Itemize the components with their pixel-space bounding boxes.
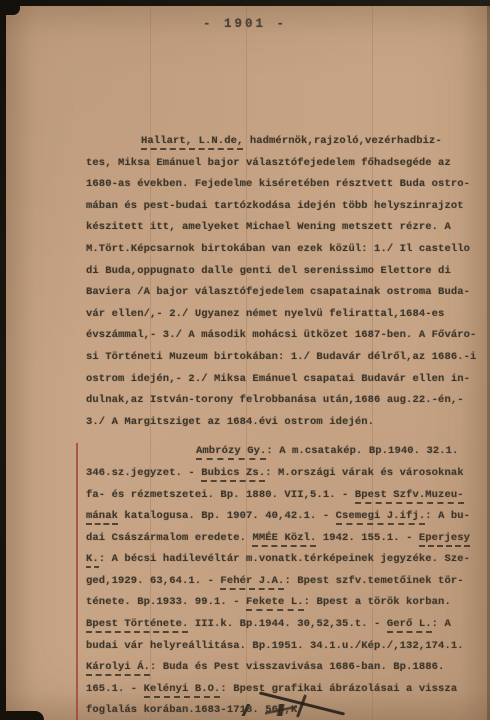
underlined-text: MMÉE Közl. bbox=[252, 532, 316, 547]
text-segment: ged,1929. 63,64.1. - bbox=[86, 575, 220, 587]
underlined-text: K. bbox=[86, 553, 99, 568]
paragraph: Hallart, L.N.de, hadmérnök,rajzoló,vezér… bbox=[86, 131, 482, 433]
text-line: fa- és rézmetszetei. Bp. 1880. VII,5.1. … bbox=[86, 485, 482, 507]
paragraph: Ambrózy Gy.: A m.csatakép. Bp.1940. 32.1… bbox=[86, 441, 482, 720]
text-segment: dulnak,az István-torony felrobbanása utá… bbox=[86, 394, 464, 406]
scanned-document-page: - 1901 - Hallart, L.N.de, hadmérnök,rajz… bbox=[0, 0, 490, 720]
text-segment: : Bpest grafikai ábrázolásai a vissza bbox=[220, 683, 457, 695]
text-line: 1680-as években. Fejedelme kiséretében r… bbox=[86, 174, 482, 196]
text-line: ténete. Bp.1933. 99.1. - Fekete L.: Bpes… bbox=[86, 592, 482, 614]
text-line: évszámmal,- 3./ A második mohácsi ütköze… bbox=[86, 325, 482, 347]
text-segment: foglalás korában.1683-1 bbox=[86, 704, 233, 716]
text-line: dulnak,az István-torony felrobbanása utá… bbox=[86, 390, 482, 412]
text-segment: vár ellen/,- 2./ Ugyanez német nyelvü fe… bbox=[86, 308, 444, 320]
underlined-text: Csemegi J.ifj. bbox=[336, 510, 426, 525]
text-segment: 346.sz.jegyzet. - bbox=[86, 467, 201, 479]
text-line: tes, Miksa Emánuel bajor választófejedel… bbox=[86, 153, 482, 175]
text-segment: M.Tört.Képcsarnok birtokában van ezek kö… bbox=[86, 243, 470, 255]
page-number: - 1901 - bbox=[203, 17, 287, 31]
text-line: di Buda,oppugnato dalle genti del sereni… bbox=[86, 261, 482, 283]
text-segment: : Buda és Pest visszavivása 1686-ban. Bp… bbox=[150, 661, 444, 673]
text-line: Károlyi Á.: Buda és Pest visszavivása 16… bbox=[86, 657, 482, 679]
text-line: foglalás korában.1683-1718. 56.,K bbox=[86, 700, 482, 720]
text-segment: : Bpest szfv.temetőinek tör- bbox=[284, 575, 463, 587]
underlined-text: mának bbox=[86, 510, 118, 525]
text-segment: készitett itt, amelyeket Michael Wening … bbox=[86, 221, 451, 233]
text-block: Hallart, L.N.de, hadmérnök,rajzoló,vezér… bbox=[86, 131, 482, 720]
text-line: 346.sz.jegyzet. - Bubics Zs.: M.országi … bbox=[86, 463, 482, 485]
underlined-text: Ambrózy Gy. bbox=[196, 445, 266, 460]
text-line: ged,1929. 63,64.1. - Fehér J.A.: Bpest s… bbox=[86, 571, 482, 593]
text-segment: fa- és rézmetszetei. Bp. 1880. VII,5.1. … bbox=[86, 489, 355, 501]
text-segment: 165.1. - bbox=[86, 683, 144, 695]
text-segment: budai vár helyreállitása. Bp.1951. 34.1.… bbox=[86, 640, 464, 652]
text-line: Bpest Története. III.k. Bp.1944. 30,52,3… bbox=[86, 614, 482, 636]
text-segment: : A m.csatakép. Bp.1940. 32.1. bbox=[266, 445, 458, 457]
text-line: mának katalogusa. Bp. 1907. 40,42.1. - C… bbox=[86, 506, 482, 528]
text-line: budai vár helyreállitása. Bp.1951. 34.1.… bbox=[86, 636, 482, 658]
underlined-text: Hallart, L.N.de, bbox=[141, 135, 243, 150]
text-line: si Történeti Muzeum birtokában: 1./ Buda… bbox=[86, 347, 482, 369]
underlined-text: Bpest Szfv.Muzeu- bbox=[355, 489, 464, 504]
text-segment: : A bécsi hadilevéltár m.vonatk.térképei… bbox=[99, 553, 470, 565]
underlined-text: Bubics Zs. bbox=[201, 467, 265, 482]
underlined-text: Bpest Története. bbox=[86, 618, 188, 633]
text-segment: ostrom idején,- 2./ Miksa Emánuel csapat… bbox=[86, 373, 470, 385]
text-line: ostrom idején,- 2./ Miksa Emánuel csapat… bbox=[86, 369, 482, 391]
text-segment: 3./ A Margitsziget az 1684.évi ostrom id… bbox=[86, 416, 374, 428]
text-segment: : Bpest a török korban. bbox=[304, 596, 451, 608]
text-line: mában és pest-budai tartózkodása idején … bbox=[86, 196, 482, 218]
scan-border-left bbox=[0, 0, 6, 720]
text-segment: 1680-as években. Fejedelme kiséretében r… bbox=[86, 178, 470, 190]
text-segment: hadmérnök,rajzoló,vezérhadbiz- bbox=[243, 135, 441, 147]
underlined-text: Fekete L. bbox=[246, 596, 304, 611]
underlined-text: Fehér J.A. bbox=[220, 575, 284, 590]
text-line: K.: A bécsi hadilevéltár m.vonatk.térkép… bbox=[86, 549, 482, 571]
scan-border-top bbox=[0, 0, 490, 6]
text-line: Ambrózy Gy.: A m.csatakép. Bp.1940. 32.1… bbox=[86, 441, 482, 463]
text-segment: 1942. 155.1. - bbox=[316, 532, 418, 544]
underlined-text: Kelényi B.O. bbox=[144, 683, 221, 698]
text-segment: : A bbox=[432, 618, 451, 630]
text-line: készitett itt, amelyeket Michael Wening … bbox=[86, 217, 482, 239]
text-segment: dai Császármalom eredete. bbox=[86, 532, 252, 544]
text-segment: katalogusa. Bp. 1907. 40,42.1. - bbox=[118, 510, 336, 522]
text-line: vár ellen/,- 2./ Ugyanez német nyelvü fe… bbox=[86, 304, 482, 326]
text-segment: tes, Miksa Emánuel bajor választófejedel… bbox=[86, 157, 451, 169]
text-segment: III.k. Bp.1944. 30,52,35.t. - bbox=[188, 618, 386, 630]
text-segment: : M.országi várak és városoknak bbox=[265, 467, 463, 479]
text-line: M.Tört.Képcsarnok birtokában van ezek kö… bbox=[86, 239, 482, 261]
underlined-text: Eperjesy bbox=[419, 532, 470, 547]
text-line: Baviera /A bajor választófejedelem csapa… bbox=[86, 282, 482, 304]
crossed-out-text: 56.,K bbox=[265, 704, 297, 716]
text-segment: : A bu- bbox=[425, 510, 470, 522]
margin-rule-line bbox=[76, 443, 78, 720]
text-segment: Baviera /A bajor választófejedelem csapa… bbox=[86, 286, 470, 298]
scan-border-corner bbox=[0, 0, 20, 15]
text-segment: mában és pest-budai tartózkodása idején … bbox=[86, 200, 464, 212]
crossed-out-text: 718. bbox=[233, 704, 259, 716]
text-segment: ténete. Bp.1933. 99.1. - bbox=[86, 596, 246, 608]
underlined-text: Károlyi Á. bbox=[86, 661, 150, 676]
text-segment: di Buda,oppugnato dalle genti del sereni… bbox=[86, 265, 451, 277]
text-line: Hallart, L.N.de, hadmérnök,rajzoló,vezér… bbox=[86, 131, 482, 153]
text-segment: évszámmal,- 3./ A második mohácsi ütköze… bbox=[86, 329, 476, 341]
underlined-text: Gerő L. bbox=[387, 618, 432, 633]
text-line: 3./ A Margitsziget az 1684.évi ostrom id… bbox=[86, 412, 482, 434]
scan-border-corner bbox=[0, 711, 44, 720]
text-line: dai Császármalom eredete. MMÉE Közl. 194… bbox=[86, 528, 482, 550]
text-segment: si Történeti Muzeum birtokában: 1./ Buda… bbox=[86, 351, 476, 363]
